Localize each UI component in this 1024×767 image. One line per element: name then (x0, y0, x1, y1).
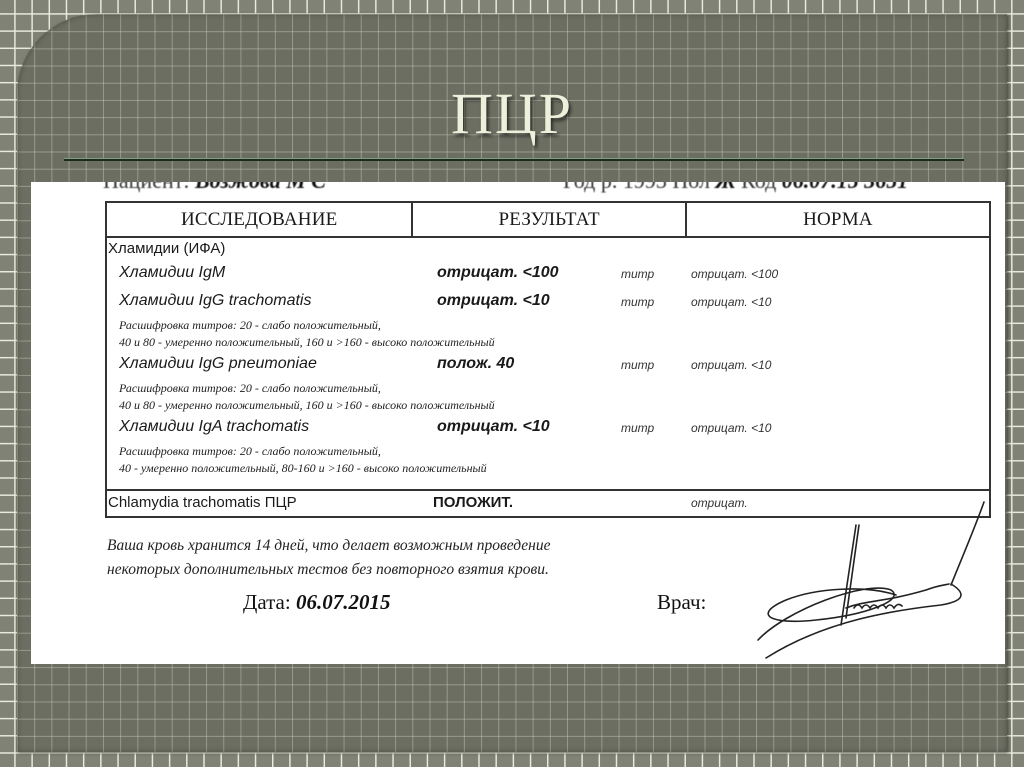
header-result: РЕЗУЛЬТАТ (412, 202, 685, 237)
blood-storage-note: Ваша кровь хранится 14 дней, что делает … (107, 534, 727, 582)
birth-year: 1993 (623, 182, 667, 193)
code-label: Код (741, 182, 776, 193)
sex-label: Пол (672, 182, 710, 193)
results-body: Хламидии (ИФА) Хламидии IgM отрицат. <10… (106, 237, 990, 490)
patient-name: Возжова М С (195, 182, 326, 193)
pcr-test-norm: отрицат. (691, 496, 748, 510)
test-result: полож. 40 (437, 355, 514, 373)
test-norm: отрицат. <100 (691, 267, 778, 281)
test-name: Хламидии IgG pneumoniae (119, 355, 317, 373)
test-result: отрицат. <10 (437, 292, 550, 310)
sex-value: Ж (715, 182, 735, 193)
birth-label: Год р. (563, 182, 617, 193)
test-unit: титр (621, 295, 654, 309)
patient-line: Пациент: Возжова М С Год р. 1993 Пол Ж К… (103, 182, 1003, 192)
pcr-test-result: ПОЛОЖИТ. (433, 494, 513, 511)
header-study: ИССЛЕДОВАНИЕ (106, 202, 412, 237)
test-name: Хламидии IgM (119, 264, 225, 282)
test-unit: титр (621, 421, 654, 435)
slide-title: ПЦР (0, 80, 1024, 147)
titer-note: Расшифровка титров: 20 - слабо положител… (119, 381, 381, 396)
code-value: 06.07.15 3651 (782, 182, 909, 193)
date-value: 06.07.2015 (296, 590, 391, 614)
titer-note: 40 и 80 - умеренно положительный, 160 и … (119, 398, 495, 413)
test-name: Хламидии IgG trachomatis (119, 292, 311, 310)
note-line: Ваша кровь хранится 14 дней, что делает … (107, 534, 727, 558)
titer-note: Расшифровка титров: 20 - слабо положител… (119, 444, 381, 459)
results-table: ИССЛЕДОВАНИЕ РЕЗУЛЬТАТ НОРМА Хламидии (И… (105, 201, 991, 518)
test-norm: отрицат. <10 (691, 358, 771, 372)
title-divider (64, 158, 964, 161)
header-norm: НОРМА (686, 202, 990, 237)
test-name: Хламидии IgA trachomatis (119, 418, 309, 436)
signature-icon (746, 500, 996, 664)
group-title: Хламидии (ИФА) (108, 240, 225, 257)
test-result: отрицат. <100 (437, 264, 559, 282)
date-label: Дата: (243, 590, 291, 614)
patient-label: Пациент: (103, 182, 189, 193)
pcr-test-name: Chlamydia trachomatis ПЦР (108, 494, 297, 511)
doctor-label: Врач: (657, 590, 706, 615)
titer-note: Расшифровка титров: 20 - слабо положител… (119, 318, 381, 333)
lab-report-image: Пациент: Возжова М С Год р. 1993 Пол Ж К… (31, 182, 1005, 664)
titer-note: 40 и 80 - умеренно положительный, 160 и … (119, 335, 495, 350)
note-line: некоторых дополнительных тестов без повт… (107, 558, 727, 582)
test-result: отрицат. <10 (437, 418, 550, 436)
patient-meta: Год р. 1993 Пол Ж Код 06.07.15 3651 (563, 182, 908, 194)
titer-note: 40 - умеренно положительный, 80-160 и >1… (119, 461, 487, 476)
test-unit: титр (621, 267, 654, 281)
test-norm: отрицат. <10 (691, 295, 771, 309)
test-unit: титр (621, 358, 654, 372)
table-header: ИССЛЕДОВАНИЕ РЕЗУЛЬТАТ НОРМА (106, 202, 990, 237)
test-norm: отрицат. <10 (691, 421, 771, 435)
date-line: Дата: 06.07.2015 (243, 590, 390, 615)
